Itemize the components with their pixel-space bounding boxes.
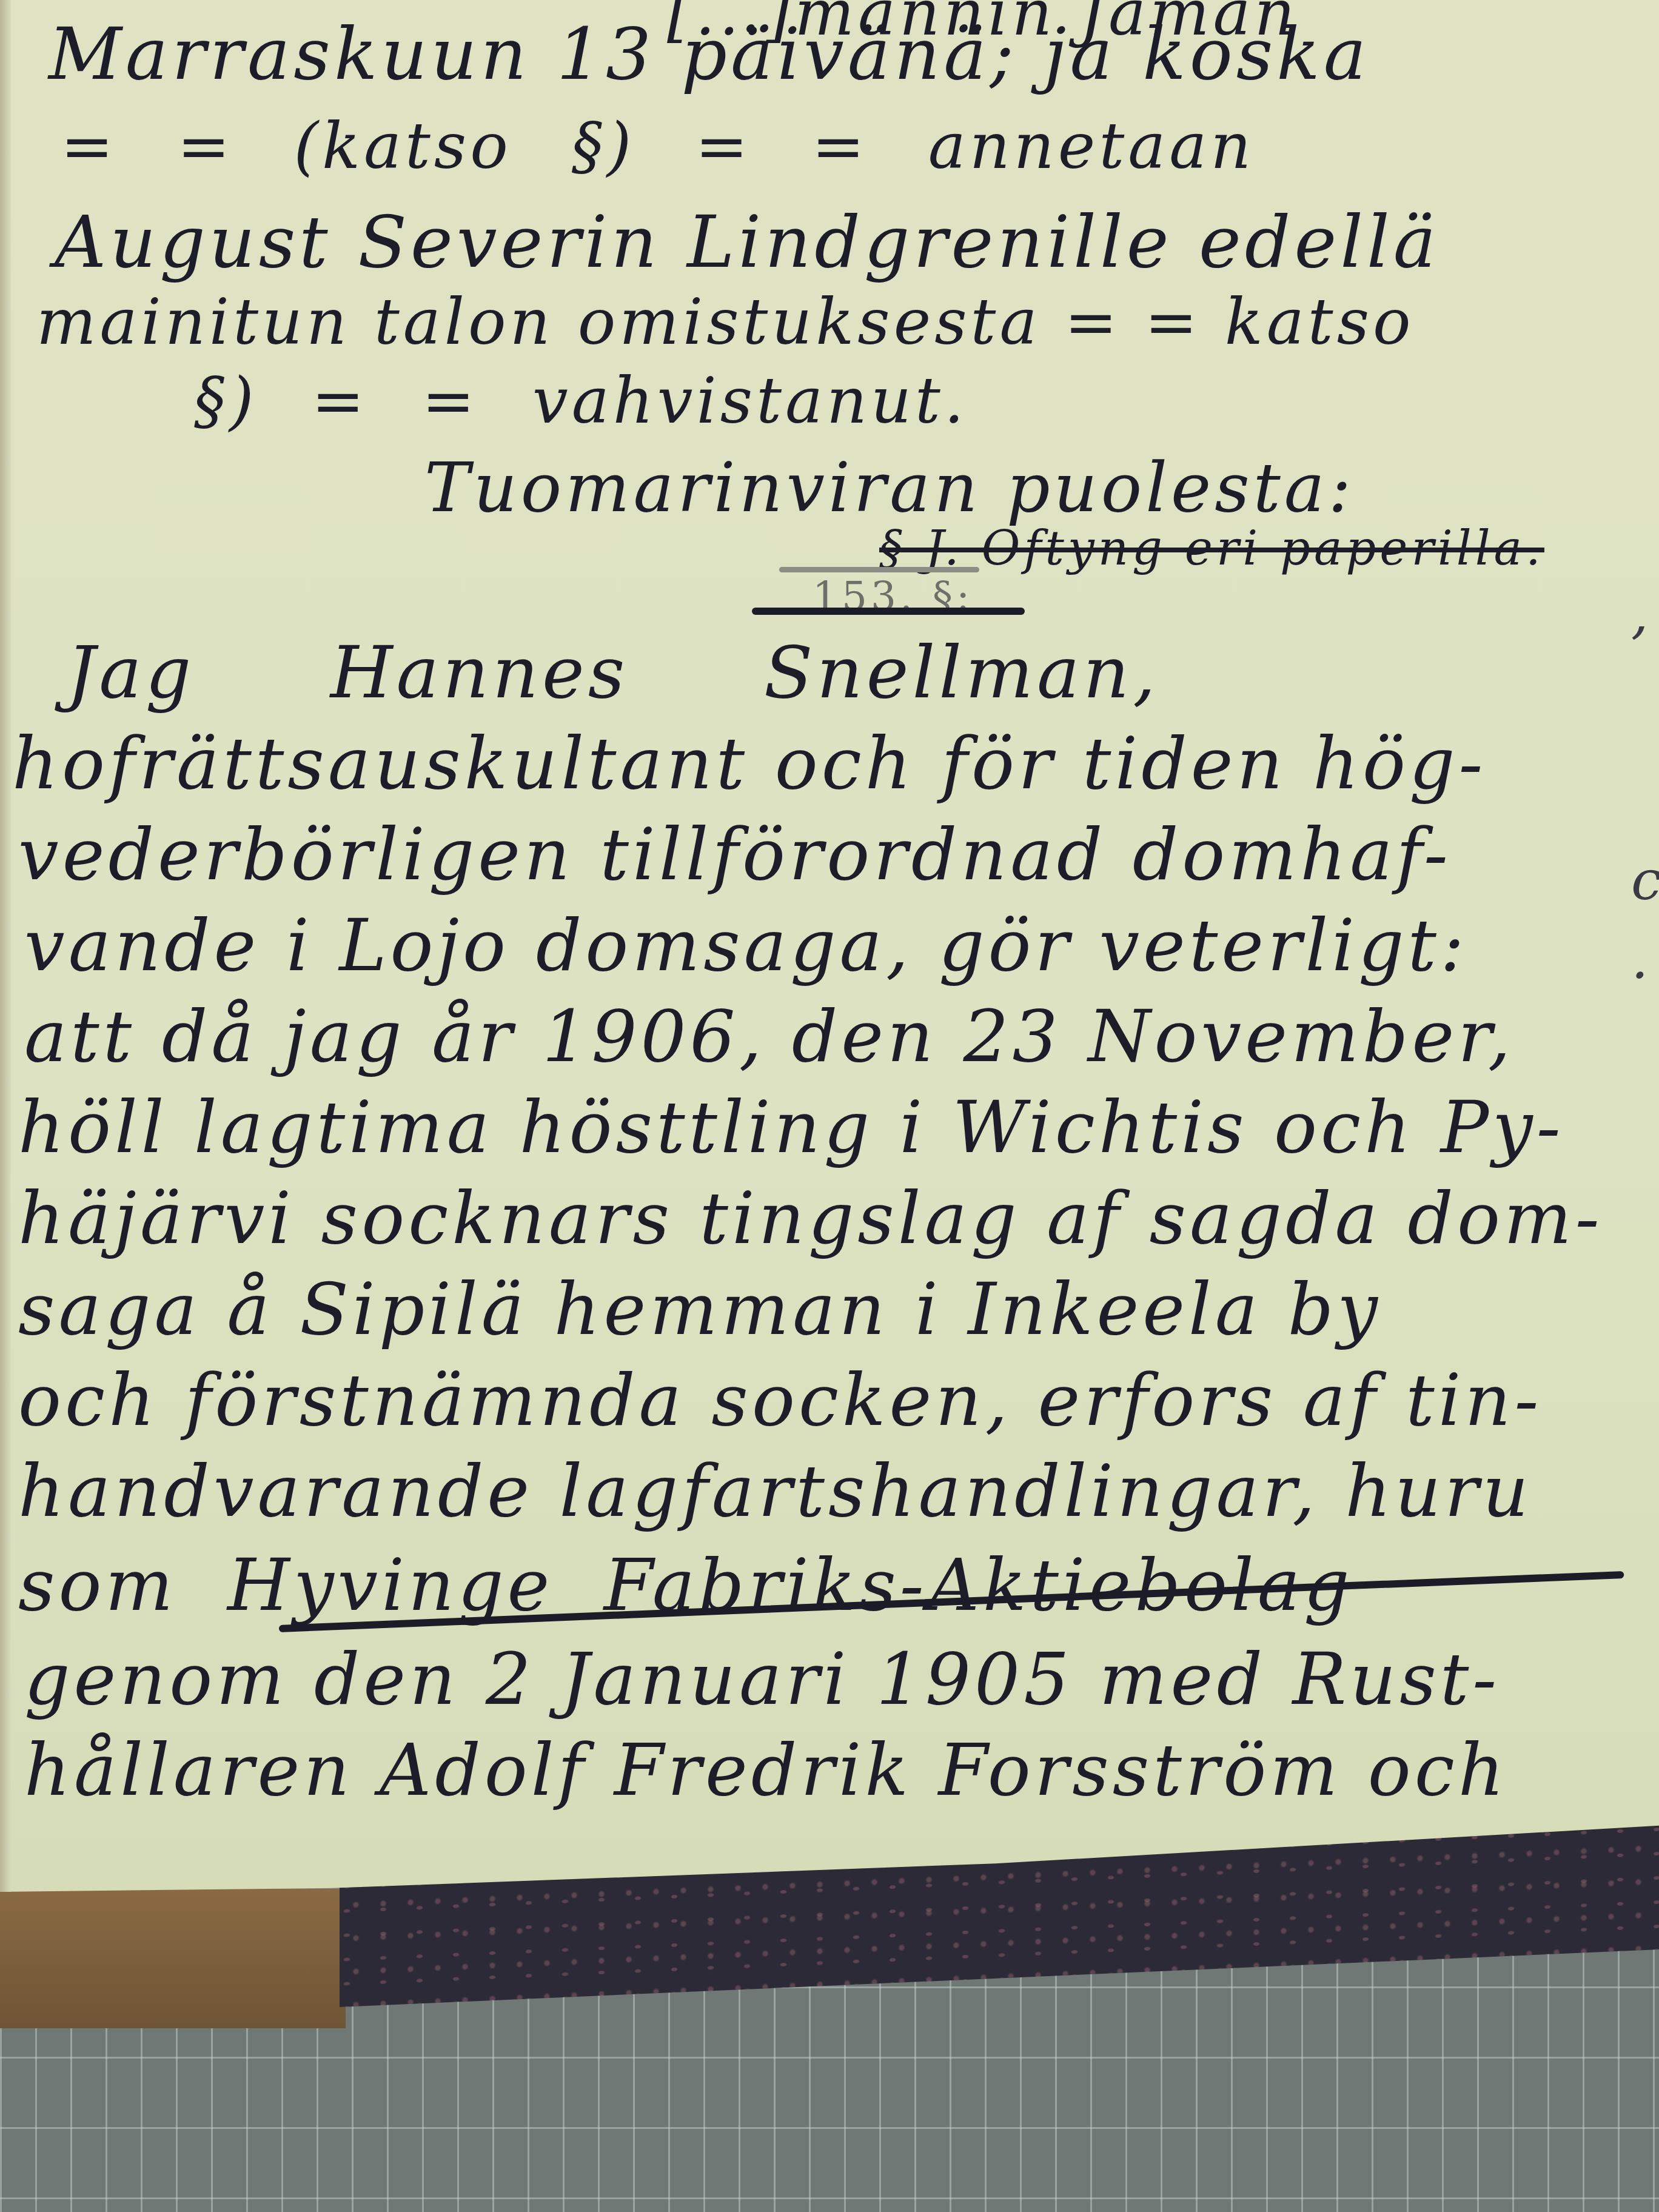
page-gutter: [0, 0, 11, 1892]
finnish-line-3: August Severin Lindgrenille edellä: [55, 200, 1635, 284]
margin-mark: c: [1631, 849, 1659, 913]
swedish-line-11: genom den 2 Januari 1905 med Rust-: [24, 1637, 1635, 1721]
swedish-line-12: hållaren Adolf Fredrik Forsström och: [24, 1728, 1635, 1812]
swedish-line-5: höll lagtima hösttling i Wichtis och Py-: [18, 1085, 1635, 1169]
finnish-line-1: Marraskuun 13 päivänä; ja koska: [49, 12, 1635, 96]
swedish-line-4: att då jag år 1906, den 23 November,: [24, 994, 1635, 1078]
margin-mark: .: [1631, 928, 1649, 991]
swedish-line-8: och förstnämnda socken, erfors af tin-: [18, 1358, 1635, 1442]
swedish-line-7: saga å Sipilä hemman i Inkeela by: [18, 1267, 1635, 1351]
finnish-line-4: mainitun talon omistuksesta = = katso: [36, 285, 1635, 359]
struck-note: § J. Oftyng eri paperilla.: [879, 521, 1635, 576]
finnish-line-2: = = (katso §) = = annetaan: [61, 109, 1635, 183]
finnish-line-5: §) = = vahvistanut.: [194, 364, 1635, 438]
ledger-page: [...]mannin Jaman Marraskuun 13 päivänä;…: [0, 0, 1659, 1892]
swedish-line-1: hofrättsauskultant och för tiden hög-: [12, 722, 1635, 805]
swedish-line-6: häjärvi socknars tingslag af sagda dom-: [18, 1176, 1635, 1260]
finnish-signature-heading: Tuomarinviran puolesta:: [424, 449, 1635, 528]
swedish-line-3: vande i Lojo domsaga, gör veterligt:: [24, 903, 1635, 987]
margin-mark: ,: [1631, 582, 1649, 646]
swedish-line-0: Jag Hannes Snellman,: [67, 631, 1635, 714]
swedish-line-2: vederbörligen tillförordnad domhaf-: [18, 813, 1635, 896]
section-divider: [752, 608, 1025, 615]
pencil-rule: [779, 567, 979, 572]
swedish-line-9: handvarande lagfartshandlingar, huru: [18, 1449, 1635, 1533]
leather-spine: [0, 1889, 346, 2028]
